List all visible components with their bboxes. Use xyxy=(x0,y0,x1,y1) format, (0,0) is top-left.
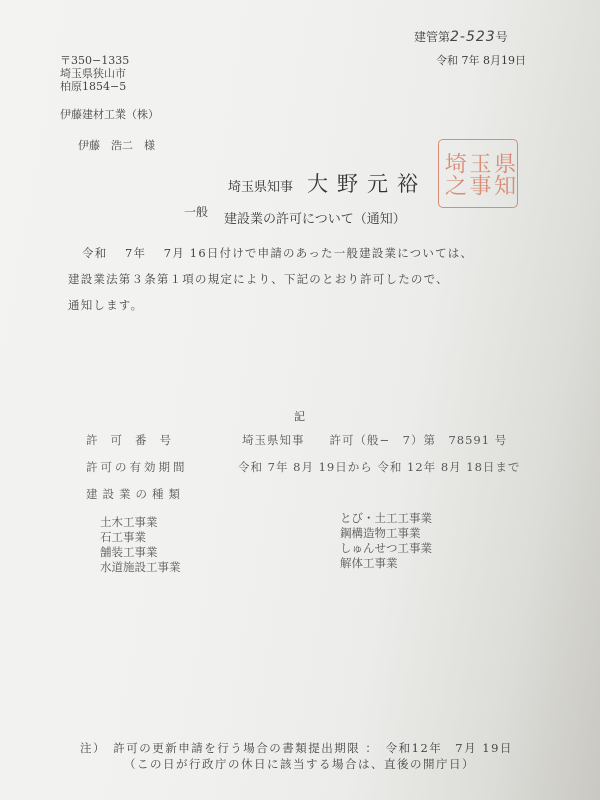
work-item: 舗装工事業 xyxy=(100,545,181,560)
recipient-name: 伊藤 浩二 様 xyxy=(78,137,155,153)
work-item: 鋼構造物工事業 xyxy=(340,526,432,541)
validity-period-label: 許可の有効期間 xyxy=(86,459,188,475)
sender-name: 大野元裕 xyxy=(307,172,427,196)
work-item: 水道施設工事業 xyxy=(100,560,181,575)
seal-column: 県知 xyxy=(492,152,514,196)
permit-number-label: 許可番号 xyxy=(86,432,184,448)
works-list-left: 土木工事業 石工事業 舗装工事業 水道施設工事業 xyxy=(100,515,181,575)
body-line: 建設業法第３条第１項の規定により、下記のとおり許可したので、 xyxy=(68,266,473,292)
business-type-label: 建設業の種類 xyxy=(86,486,185,502)
category-label: 一般 xyxy=(184,203,208,220)
official-seal-icon: 県知 玉事 埼之 xyxy=(438,139,518,208)
address-line-1: 埼玉県狭山市 xyxy=(60,67,129,80)
recipient-address: 〒350−1335 埼玉県狭山市 柏原1854−5 xyxy=(60,54,129,93)
work-item: しゅんせつ工事業 xyxy=(340,541,432,556)
sender-title: 埼玉県知事 xyxy=(228,180,293,195)
doc-number-suffix: 号 xyxy=(496,30,508,44)
validity-period-value: 令和 7年 8月 19日から 令和 12年 8月 18日まで xyxy=(238,459,520,475)
work-item: 解体工事業 xyxy=(340,556,432,571)
document-date: 令和 7年 8月19日 xyxy=(436,52,526,68)
seal-column: 埼之 xyxy=(442,152,464,196)
works-list-right: とび・土工工事業 鋼構造物工事業 しゅんせつ工事業 解体工事業 xyxy=(340,511,432,571)
doc-number-handwritten: 2-523 xyxy=(450,29,496,45)
address-line-2: 柏原1854−5 xyxy=(60,80,129,93)
seal-column: 玉事 xyxy=(467,152,489,196)
doc-number-prefix: 建管第 xyxy=(414,30,450,44)
work-item: 石工事業 xyxy=(100,530,181,545)
postal-code: 〒350−1335 xyxy=(60,54,129,67)
record-heading: 記 xyxy=(294,408,305,424)
body-line: 通知します。 xyxy=(68,292,473,318)
sender: 埼玉県知事大野元裕 xyxy=(228,168,427,198)
subject-title: 建設業の許可について（通知） xyxy=(224,208,406,227)
permit-number-value: 埼玉県知事 許可（般− 7）第 78591 号 xyxy=(242,432,507,448)
document-number: 建管第2-523号 xyxy=(414,28,508,45)
renewal-note: 注） 許可の更新申請を行う場合の書類提出期限 ： 令和12年 7月 19日 xyxy=(80,741,513,756)
recipient-company: 伊藤建材工業（株） xyxy=(60,106,159,122)
work-item: 土木工事業 xyxy=(100,515,181,530)
work-item: とび・土工工事業 xyxy=(340,511,432,526)
body-line: 令和 7年 7月 16日付けで申請のあった一般建設業については、 xyxy=(68,240,473,266)
renewal-note-detail: （この日が行政庁の休日に該当する場合は、直後の開庁日） xyxy=(124,756,475,772)
body-text: 令和 7年 7月 16日付けで申請のあった一般建設業については、 建設業法第３条… xyxy=(68,240,473,318)
